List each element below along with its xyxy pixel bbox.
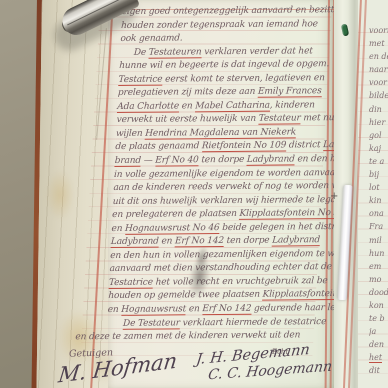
word-segment: ten dorpe xyxy=(198,155,247,165)
pen-plus-mark: + xyxy=(330,191,338,202)
word-segment: , kinderen xyxy=(270,100,315,110)
word-segment: voort xyxy=(369,26,388,35)
text-lines: eigen goed ontegenzeggelijk aanvaard en … xyxy=(106,4,336,345)
word-segment: dit xyxy=(369,366,380,375)
facing-page-fragment: en de xyxy=(369,50,388,63)
word-segment: Erf No 142 xyxy=(202,304,251,315)
word-segment: en den hun in vollen gezamenlijken eigen… xyxy=(110,249,361,261)
word-segment: — xyxy=(141,156,156,166)
word-segment: brand xyxy=(114,156,141,167)
facing-page-fragment: em xyxy=(369,260,388,273)
word-segment: met nu xyxy=(300,113,334,123)
word-segment: verklaren verder dat het xyxy=(201,46,313,57)
word-segment: Hognauwsrust xyxy=(121,304,186,316)
text-line: verwekt uit eerste huwelijk van Testateu… xyxy=(116,113,331,128)
word-segment: em xyxy=(369,262,381,271)
word-segment: Testateuren xyxy=(148,47,201,58)
facing-page-fragment: gol xyxy=(369,129,388,142)
word-segment: hun xyxy=(369,249,384,258)
word-segment: Hendrina Magdalena van Niekerk xyxy=(145,127,296,139)
word-segment: Testatrice xyxy=(118,74,162,85)
word-segment: voor xyxy=(369,78,387,87)
word-segment: het volle recht en vruchtgebruik zal be xyxy=(153,276,328,288)
word-segment: lot xyxy=(369,183,380,192)
word-segment: en xyxy=(111,224,125,234)
facing-page-fragment: Fra xyxy=(369,220,388,233)
word-segment: te b xyxy=(369,314,385,323)
word-segment: Klipplaatsfontein xyxy=(262,289,338,301)
facing-page-fragment: den xyxy=(369,338,388,351)
word-segment: bij xyxy=(369,170,379,179)
word-segment: ja xyxy=(369,327,376,336)
word-segment: Mabel Catharina xyxy=(195,100,270,112)
word-segment: prelegatieven zij mits deze aan xyxy=(118,87,259,98)
word-segment: gol xyxy=(369,131,382,140)
word-segment: Testatrice xyxy=(109,278,153,289)
word-segment: Fra xyxy=(369,222,383,231)
word-segment: en xyxy=(179,101,196,111)
stain xyxy=(46,170,74,220)
word-segment: en deze te zamen met de kinderen verwekt… xyxy=(75,330,300,342)
facing-page-fragment: het xyxy=(369,351,388,364)
word-segment: dood xyxy=(369,288,388,297)
facing-page-fragment: din xyxy=(369,103,388,116)
facing-page-fragment: kon xyxy=(369,299,388,312)
word-segment: Rietfontein No 109 xyxy=(202,141,287,153)
facing-page-fragment: kin xyxy=(369,194,388,207)
word-segment: Ladybrand xyxy=(111,237,159,248)
word-segment: kin xyxy=(369,196,382,205)
right-page-lines: voortmeten denaarvoorbildedinhiergolkajt… xyxy=(369,24,388,378)
facing-page-fragment: kaj xyxy=(369,142,388,155)
word-segment: naar xyxy=(369,65,388,74)
word-segment: Emily Frances xyxy=(258,87,322,99)
word-segment: en xyxy=(186,304,203,314)
word-segment: bilde xyxy=(369,91,388,100)
word-segment: den xyxy=(369,340,384,349)
word-segment: ona xyxy=(369,209,384,218)
word-segment: met xyxy=(369,39,385,48)
facing-page-fragment: mo xyxy=(369,273,388,286)
facing-page: voortmeten denaarvoorbildedinhiergolkajt… xyxy=(358,0,388,388)
word-segment: uit dit ons huwelijk verklaren wij hierm… xyxy=(113,194,360,206)
facing-page-fragment: met xyxy=(369,37,388,50)
facing-page-fragment: bij xyxy=(369,168,388,181)
facing-page-fragment: dood xyxy=(369,286,388,299)
word-segment: mo xyxy=(369,275,381,284)
text-line: brand — Erf No 40 ten dorpe Ladybrand en… xyxy=(114,153,329,168)
word-segment: houden zonder tegenspraak van iemand hoe xyxy=(121,19,318,31)
word-segment: verwekt uit eerste huwelijk van xyxy=(116,114,259,125)
facing-page-fragment: hier xyxy=(369,116,388,129)
text-line: en deze te zamen met de kinderen verwekt… xyxy=(75,329,321,345)
word-segment: aanvaard met dien verstandhouding echter… xyxy=(109,262,332,274)
word-segment: Ladybrand xyxy=(247,154,295,165)
word-segment: Klipplaatsfontein No 90 xyxy=(239,208,345,220)
text-line: aan de kinderen reeds verwekt of nog te … xyxy=(113,180,328,195)
text-line: houden zonder tegenspraak van iemand hoe xyxy=(121,18,336,33)
word-segment: hier xyxy=(369,118,385,127)
word-segment: eigen goed ontegenzeggelijk aanvaard en … xyxy=(121,5,356,17)
word-segment: verklaart hiermede de testatrice xyxy=(180,317,327,328)
word-segment: ook genaamd. xyxy=(120,34,183,45)
word-segment: kon xyxy=(369,301,384,310)
word-segment: Erf No 40 xyxy=(155,155,199,166)
word-segment: wijlen xyxy=(116,129,146,139)
word-segment: mil xyxy=(369,236,382,245)
word-segment: Ada Charlotte xyxy=(117,101,179,113)
facing-page-fragment: voor xyxy=(369,76,388,89)
word-segment: beide gelegen in het district xyxy=(219,222,347,233)
facing-page-fragment: te b xyxy=(369,312,388,325)
word-segment: Ladybrand xyxy=(272,235,320,246)
text-line: eigen goed ontegenzeggelijk aanvaard en … xyxy=(121,4,336,19)
facing-page-fragment: mil xyxy=(369,234,388,247)
word-segment: ten dorpe xyxy=(224,236,273,246)
facing-page-fragment: voort xyxy=(369,24,388,37)
facing-page-fragment: naar xyxy=(369,63,388,76)
word-segment: din xyxy=(369,105,382,114)
word-segment: in volle gezamenlijke eigendom te worden… xyxy=(114,167,362,179)
facing-page-fragment: ona xyxy=(369,207,388,220)
facing-page-fragment: lot xyxy=(369,181,388,194)
facing-page-fragment: hun xyxy=(369,247,388,260)
facing-page-fragment: bilde xyxy=(369,89,388,102)
facing-page-fragment: ja xyxy=(369,325,388,338)
word-segment: Hognauwsrust No 46 xyxy=(125,223,220,235)
word-segment: en prelegateren de plaatsen xyxy=(112,209,240,220)
word-segment: kaj xyxy=(369,144,381,153)
word-segment: De Testateur xyxy=(123,318,180,329)
facing-page-fragment: te a xyxy=(369,155,388,168)
word-segment: district xyxy=(286,141,323,151)
word-segment: De xyxy=(134,47,149,57)
facing-page-fragment: dit xyxy=(369,364,388,377)
word-segment: de plaats genaamd xyxy=(115,142,202,153)
word-segment: het xyxy=(369,353,382,363)
word-segment: hunne wil en begeerte is dat ingeval de … xyxy=(119,59,329,71)
photo-ledger-scene: eigen goed ontegenzeggelijk aanvaard en … xyxy=(0,0,388,388)
word-segment: te a xyxy=(369,157,384,166)
text-line: en Hognauwsrust en Erf No 142 gedurende … xyxy=(107,302,322,317)
word-segment: en xyxy=(158,237,175,247)
word-segment: en de xyxy=(369,52,388,61)
word-segment: eerst komt te sterven, legatieven en xyxy=(162,73,325,84)
word-segment: Testateur xyxy=(258,114,300,125)
word-segment: en xyxy=(107,305,121,315)
